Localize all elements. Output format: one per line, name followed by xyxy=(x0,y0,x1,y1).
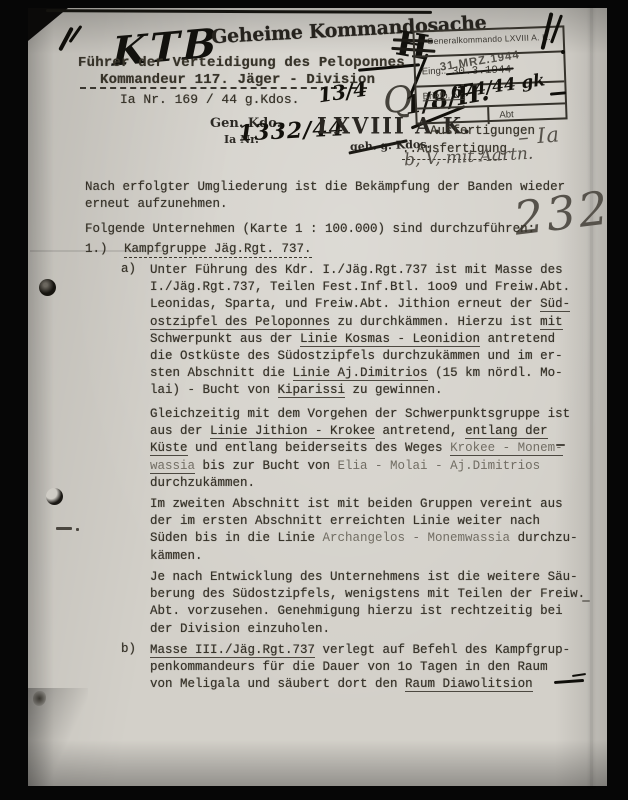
paragraph-a-4: Je nach Entwicklung des Unternehmens ist… xyxy=(150,569,585,638)
punch-hole xyxy=(46,488,63,505)
item-1-marker: 1.) xyxy=(85,242,108,256)
margin-dash-mark xyxy=(56,527,72,530)
paragraph-intro: Nach erfolgter Umgliederung ist die Bekä… xyxy=(85,179,565,213)
subitem-a-marker: a) xyxy=(121,262,136,276)
paragraph-a-2: Gleichzeitig mit dem Vorgehen der Schwer… xyxy=(150,406,570,492)
margin-dot-mark xyxy=(76,528,79,531)
paragraph-b-1: Masse III./Jäg.Rgt.737 verlegt auf Befeh… xyxy=(150,642,570,694)
scanned-document-page: KTB Geheime Kommandosache H Führer der V… xyxy=(0,0,628,800)
sender-line-1: Führer der Verteidigung des Peloponnes xyxy=(78,55,405,72)
paragraph-a-1: Unter Führung des Kdr. I./Jäg.Rgt.737 is… xyxy=(150,262,570,400)
paragraph-operations: Folgende Unternehmen (Karte 1 : 100.000)… xyxy=(85,221,535,238)
margin-dash-mark xyxy=(582,600,590,602)
abt-label: Abt xyxy=(499,109,514,120)
margin-dash-mark xyxy=(556,444,565,446)
reference-number-line: Ia Nr. 169 / 44 g.Kdos. xyxy=(120,91,299,108)
item-1-heading: Kampfgruppe Jäg.Rgt. 737. xyxy=(124,242,312,258)
subitem-b-marker: b) xyxy=(121,642,136,656)
paper-fold-line xyxy=(590,8,593,786)
paragraph-a-3: Im zweiten Abschnitt ist mit beiden Grup… xyxy=(150,496,578,565)
punch-hole xyxy=(39,279,56,296)
abt-cell: Abt xyxy=(487,104,564,124)
